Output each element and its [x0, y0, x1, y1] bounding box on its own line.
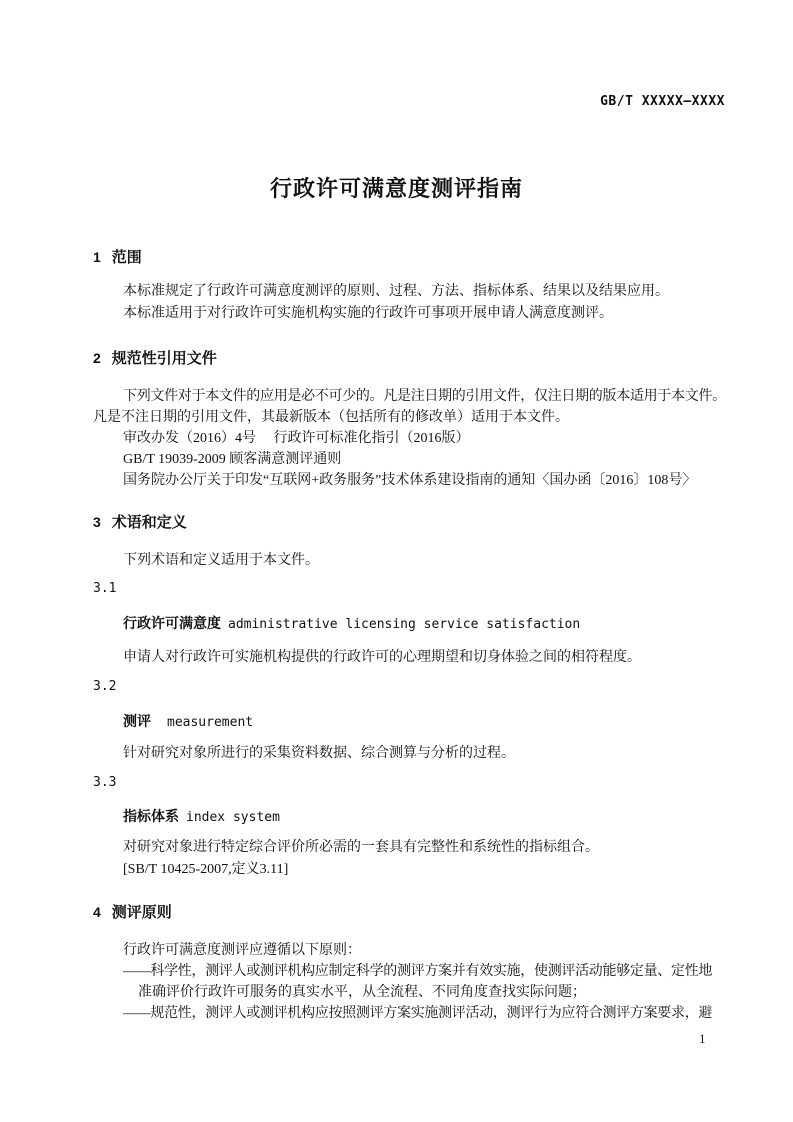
standard-code: GB/T XXXXX—XXXX: [600, 94, 725, 109]
body-line: 凡是不注日期的引用文件，其最新版本（包括所有的修改单）适用于本文件。: [93, 407, 739, 428]
section-2-title: 规范性引用文件: [112, 350, 217, 367]
term-zh: 测评: [123, 713, 151, 729]
body-line: 本标准适用于对行政许可实施机构实施的行政许可事项开展申请人满意度测评。: [93, 303, 769, 324]
section-2-heading: 2规范性引用文件: [93, 347, 217, 368]
body-line: 行政许可满意度测评应遵循以下原则：: [93, 940, 769, 961]
terms-intro: 下列术语和定义适用于本文件。: [93, 550, 769, 571]
term-zh: 行政许可满意度: [123, 615, 221, 631]
term-definition: 针对研究对象所进行的采集资料数据、综合测算与分析的过程。: [123, 743, 515, 764]
document-title: 行政许可满意度测评指南: [0, 172, 793, 203]
term-en: index system: [186, 810, 280, 825]
term-entry: 指标体系index system: [123, 806, 280, 826]
section-1-title: 范围: [112, 249, 142, 266]
term-entry: 行政许可满意度administrative licensing service …: [123, 613, 580, 633]
document-page: GB/T XXXXX—XXXX 行政许可满意度测评指南 1范围 本标准规定了行政…: [0, 0, 793, 1122]
term-en: administrative licensing service satisfa…: [228, 617, 580, 632]
section-4-heading: 4测评原则: [93, 901, 172, 922]
source-reference: [SB/T 10425-2007,定义3.11]: [123, 858, 288, 878]
term-zh: 指标体系: [123, 808, 179, 824]
reference-item: 国务院办公厅关于印发“互联网+政务服务”技术体系建设指南的通知〈国办函〔2016…: [93, 470, 769, 491]
term-definition: 申请人对行政许可实施机构提供的行政许可的心理期望和切身体验之间的相符程度。: [123, 647, 641, 668]
section-1-number: 1: [93, 249, 101, 265]
section-4-title: 测评原则: [112, 904, 172, 921]
page-number: 1: [699, 1031, 706, 1047]
reference-item: GB/T 19039-2009 顾客满意测评通则: [93, 449, 769, 470]
section-4-number: 4: [93, 904, 101, 920]
section-3-number: 3: [93, 514, 101, 530]
body-line: 下列文件对于本文件的应用是必不可少的。凡是注日期的引用文件，仅注日期的版本适用于…: [93, 386, 769, 407]
body-line: 本标准规定了行政许可满意度测评的原则、过程、方法、指标体系、结果以及结果应用。: [93, 281, 769, 302]
principle-line: ——规范性，测评人或测评机构应按照测评方案实施测评活动，测评行为应符合测评方案要…: [93, 1003, 769, 1024]
term-definition: 对研究对象进行特定综合评价所必需的一套具有完整性和系统性的指标组合。: [123, 837, 599, 858]
term-entry: 测评measurement: [123, 711, 253, 731]
clause-number: 3.3: [93, 775, 116, 790]
clause-number: 3.1: [93, 581, 116, 596]
section-3-heading: 3术语和定义: [93, 511, 187, 532]
term-en: measurement: [167, 715, 253, 730]
section-1-heading: 1范围: [93, 246, 142, 267]
reference-item: 审改办发（2016）4号 行政许可标准化指引（2016版）: [93, 428, 769, 449]
clause-number: 3.2: [93, 679, 116, 694]
section-2-number: 2: [93, 350, 101, 366]
section-3-title: 术语和定义: [112, 514, 187, 531]
principle-line: 准确评价行政许可服务的真实水平，从全流程、不同角度查找实际问题；: [93, 982, 784, 1003]
principle-line: ——科学性，测评人或测评机构应制定科学的测评方案并有效实施，使测评活动能够定量、…: [93, 961, 769, 982]
